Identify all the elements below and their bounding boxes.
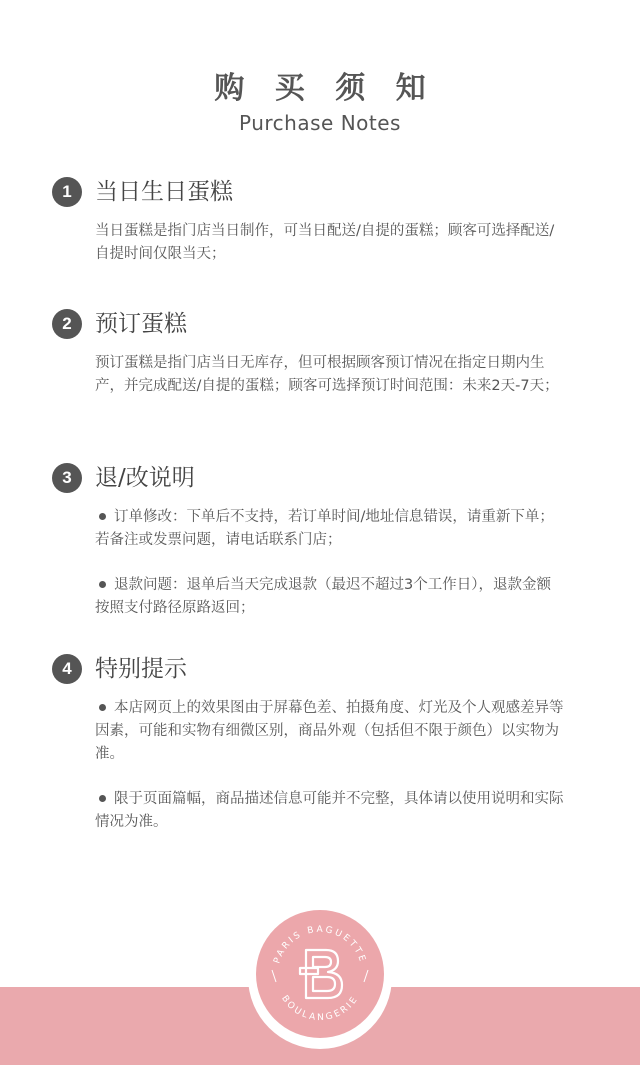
svg-text:PARIS BAGUETTE: PARIS BAGUETTE (272, 925, 367, 965)
bullet-item: 限于页面篇幅，商品描述信息可能并不完整，具体请以使用说明和实际情况为准。 (95, 788, 565, 834)
bullet-text: 限于页面篇幅，商品描述信息可能并不完整，具体请以使用说明和实际情况为准。 (95, 791, 564, 830)
number-badge-icon: 2 (52, 309, 82, 339)
bullet-text: 订单修改：下单后不支持，若订单时间/地址信息错误，请重新下单；若备注或发票问题，… (95, 509, 554, 548)
page-subtitle: Purchase Notes (0, 110, 640, 136)
section-preorder-cake: 2 预订蛋糕 预订蛋糕是指门店当日无库存，但可根据顾客预订情况在指定日期内生产，… (52, 308, 592, 398)
bullet-item: 本店网页上的效果图由于屏幕色差、拍摄角度、灯光及个人观感差异等因素，可能和实物有… (95, 697, 565, 766)
number-badge-icon: 1 (52, 177, 82, 207)
brand-logo: PARIS BAGUETTE BOULANGERIE (256, 910, 384, 1038)
section-body: 订单修改：下单后不支持，若订单时间/地址信息错误，请重新下单；若备注或发票问题，… (95, 506, 565, 620)
section-paragraph: 当日蛋糕是指门店当日制作，可当日配送/自提的蛋糕；顾客可选择配送/自提时间仅限当… (95, 220, 565, 266)
section-header: 4 特别提示 (52, 653, 592, 685)
bullet-icon (99, 513, 106, 520)
section-body: 本店网页上的效果图由于屏幕色差、拍摄角度、灯光及个人观感差异等因素，可能和实物有… (95, 697, 565, 834)
section-body: 当日蛋糕是指门店当日制作，可当日配送/自提的蛋糕；顾客可选择配送/自提时间仅限当… (95, 220, 565, 266)
bullet-text: 本店网页上的效果图由于屏幕色差、拍摄角度、灯光及个人观感差异等因素，可能和实物有… (95, 700, 564, 762)
bullet-icon (99, 795, 106, 802)
section-header: 2 预订蛋糕 (52, 308, 592, 340)
bullet-item: 订单修改：下单后不支持，若订单时间/地址信息错误，请重新下单；若备注或发票问题，… (95, 506, 565, 552)
section-header: 1 当日生日蛋糕 (52, 176, 592, 208)
section-refund-change: 3 退/改说明 订单修改：下单后不支持，若订单时间/地址信息错误，请重新下单；若… (52, 462, 592, 620)
page-title: 购 买 须 知 (0, 70, 640, 108)
page-header: 购 买 须 知 Purchase Notes (0, 70, 640, 136)
section-title: 特别提示 (95, 653, 187, 685)
bullet-text: 退款问题：退单后当天完成退款（最迟不超过3个工作日），退款金额按照支付路径原路返… (95, 577, 551, 616)
section-title: 当日生日蛋糕 (95, 176, 233, 208)
section-same-day-cake: 1 当日生日蛋糕 当日蛋糕是指门店当日制作，可当日配送/自提的蛋糕；顾客可选择配… (52, 176, 592, 266)
bullet-icon (99, 704, 106, 711)
section-title: 退/改说明 (95, 462, 195, 494)
bullet-item: 退款问题：退单后当天完成退款（最迟不超过3个工作日），退款金额按照支付路径原路返… (95, 574, 565, 620)
number-badge-icon: 3 (52, 463, 82, 493)
section-body: 预订蛋糕是指门店当日无库存，但可根据顾客预订情况在指定日期内生产，并完成配送/自… (95, 352, 565, 398)
section-paragraph: 预订蛋糕是指门店当日无库存，但可根据顾客预订情况在指定日期内生产，并完成配送/自… (95, 352, 565, 398)
section-header: 3 退/改说明 (52, 462, 592, 494)
paris-baguette-logo-icon: PARIS BAGUETTE BOULANGERIE (256, 910, 384, 1038)
number-badge-icon: 4 (52, 654, 82, 684)
bullet-icon (99, 581, 106, 588)
section-title: 预订蛋糕 (95, 308, 187, 340)
section-special-notice: 4 特别提示 本店网页上的效果图由于屏幕色差、拍摄角度、灯光及个人观感差异等因素… (52, 653, 592, 834)
